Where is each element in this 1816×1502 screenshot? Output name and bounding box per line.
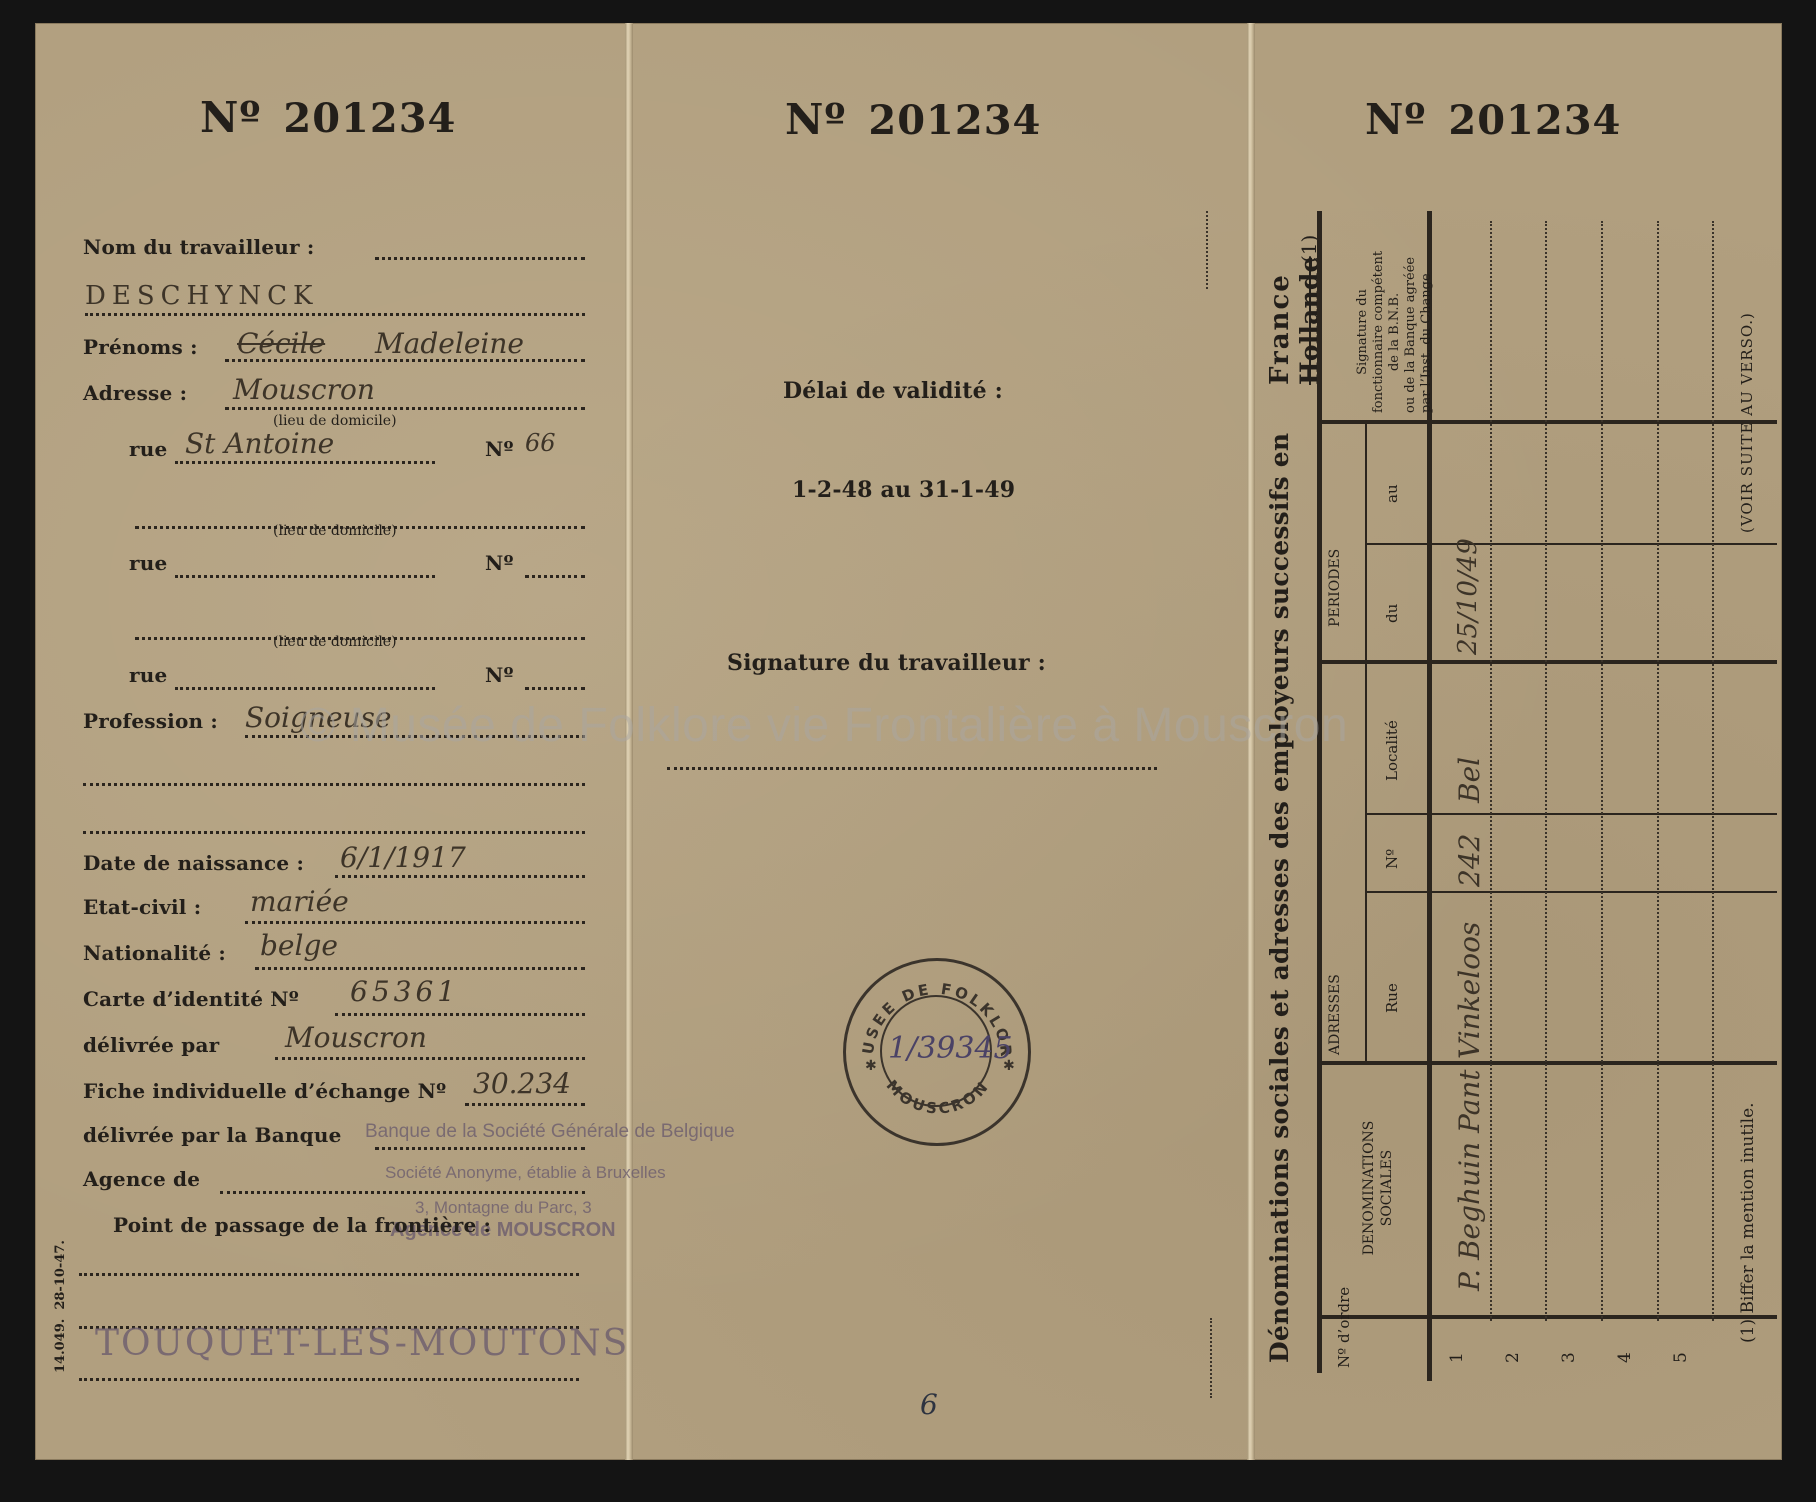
profession-line-2 [83,783,585,786]
banque-label: délivrée par la Banque [83,1123,342,1147]
no2-label: Nº [485,551,514,575]
nom-value: DESCHYNCK [85,281,318,311]
adresse-dotted-line [225,407,585,410]
row-sep-4 [1657,221,1659,1321]
no1-value: 66 [525,429,556,457]
fold-tick-top [1206,211,1208,289]
row1-numero: 242 [1453,834,1486,887]
nationalite-label: Nationalité : [83,941,226,965]
signature-dotted-line [667,767,1157,770]
passage-line-1 [79,1273,579,1276]
agence-dotted-line [220,1191,585,1194]
row-sep-1 [1490,221,1492,1321]
validity-label: Délai de validité : [783,378,1003,404]
prenoms-value: Madeleine [375,327,524,360]
no1-label: Nº [485,437,514,461]
svg-text:✱: ✱ [865,1059,877,1074]
header-localite: Localité [1383,720,1401,781]
nom-label: Nom du travailleur : [83,235,315,259]
prenoms-label: Prénoms : [83,335,198,359]
prenoms-struck-value: Cécile [237,327,325,360]
exchange-card: Nº201234 Nom du travailleur : DESCHYNCK … [35,23,1782,1460]
nom-value-line [85,313,585,316]
row1-localite: Bel [1453,757,1486,803]
row-number-3: 3 [1559,1352,1579,1363]
sep-du-au [1367,543,1777,545]
country-france: France [1265,273,1295,385]
serial-number-right: Nº201234 [1365,95,1621,144]
naissance-dotted-line [335,875,585,878]
etat-civil-value: mariée [250,885,349,918]
sep-denominations [1322,1315,1777,1319]
row-sep-3 [1601,221,1603,1321]
periodes-subdivider [1365,423,1367,661]
row-sep-2 [1545,221,1547,1321]
row1-denomination: P. Beghuin Pant [1453,1069,1486,1291]
passage-line-3 [79,1378,579,1381]
header-signature-line-2: fonctionnaire compétent [1371,251,1387,413]
carte-value: 65361 [350,975,459,1008]
nom-dotted-line [375,257,585,260]
signature-label: Signature du travailleur : [727,650,1046,676]
table-title-main: Dénominations sociales et adresses des e… [1265,433,1294,1363]
no2-dotted-line [525,575,585,578]
validity-value: 1-2-48 au 31-1-49 [792,477,1015,503]
bank-stamp-line-1: Banque de la Société Générale de Belgiqu… [365,1121,735,1143]
table-title: Dénominations sociales et adresses des e… [1265,433,1294,1363]
serial-prefix: Nº [785,95,846,144]
nationalite-value: belge [260,929,338,962]
table-left-border [1317,211,1322,1373]
serial-prefix: Nº [200,93,261,142]
footnote: (1) Biffer la mention inutile. [1738,1102,1758,1343]
serial-value: 201234 [283,95,456,142]
header-denominations: DENOMINATIONS SOCIALES [1360,1088,1396,1288]
rue1-value: St Antoine [185,427,334,460]
row-number-2: 2 [1503,1352,1523,1363]
etat-civil-label: Etat-civil : [83,895,201,919]
sep-periodes [1322,660,1777,664]
rue1-dotted-line [175,461,435,464]
row1-du: 25/10/49 [1453,538,1483,655]
adresse-value: Mouscron [233,373,375,406]
sep-no-rue [1367,891,1777,893]
naissance-label: Date de naissance : [83,851,304,875]
print-code-number: 14.049. [53,1319,68,1373]
adresses-subdivider [1365,663,1367,1063]
serial-number-middle: Nº201234 [785,95,1041,144]
profession-line-3 [83,831,585,834]
header-ordre: Nº d’ordre [1335,1287,1353,1368]
fiche-value: 30.234 [473,1067,571,1100]
delivree-label: délivrée par [83,1033,219,1057]
watermark: © Musée de Folklore vie Frontalière à Mo… [300,698,1348,753]
header-periodes: PERIODES [1327,549,1343,627]
serial-prefix: Nº [1365,95,1426,144]
rue2-label: rue [129,551,167,575]
print-code: 14.049. 28-10-47. [53,1240,68,1373]
lieu-note-2: (lieu de domicile) [273,523,397,539]
prenoms-dotted-line [225,359,585,362]
print-code-date: 28-10-47. [53,1240,68,1310]
header-signature: Signature du fonctionnaire compétent de … [1355,251,1435,413]
row-number-4: 4 [1615,1352,1635,1363]
bottom-ink-mark: 6 [920,1388,938,1421]
profession-label: Profession : [83,709,218,733]
no3-label: Nº [485,663,514,687]
header-rue: Rue [1383,983,1401,1013]
row-number-1: 1 [1447,1352,1467,1363]
fiche-label: Fiche individuelle d’échange Nº [83,1079,446,1103]
carte-dotted-line [335,1013,585,1016]
inventory-number: 1/39345 [888,1031,1013,1066]
rue3-dotted-line [175,687,435,690]
carte-label: Carte d’identité Nº [83,987,299,1011]
banque-dotted-line [375,1147,585,1150]
header-signature-line-5: par l’Inst. du Change [1419,251,1435,413]
nationalite-dotted-line [255,967,585,970]
etat-civil-dotted-line [245,921,585,924]
svg-text:MOUSCRON: MOUSCRON [883,1077,994,1118]
header-signature-line-3: de la B.N.B. [1387,251,1403,413]
header-signature-line-1: Signature du [1355,251,1371,413]
header-numero: Nº [1383,849,1401,869]
adresse-label: Adresse : [83,381,187,405]
bank-stamp-line-2: Société Anonyme, établie à Bruxelles [385,1163,666,1183]
row-number-5: 5 [1671,1352,1691,1363]
serial-number-left: Nº201234 [200,93,456,142]
no3-dotted-line [525,687,585,690]
sep-adresses [1322,1061,1777,1065]
see-verso-note: (VOIR SUITE AU VERSO.) [1738,312,1756,533]
delivree-dotted-line [275,1057,585,1060]
rue1-label: rue [129,437,167,461]
header-du: du [1383,604,1401,623]
serial-value: 201234 [1448,97,1621,144]
sep-localite-no [1367,813,1777,815]
row1-rue: Vinkeloos [1453,922,1486,1059]
sep-signature [1322,420,1777,424]
header-au: au [1383,484,1401,503]
agence-label: Agence de [83,1167,200,1191]
lieu-note-3: (lieu de domicile) [273,634,397,650]
fiche-dotted-line [465,1103,585,1106]
rue2-dotted-line [175,575,435,578]
header-adresses: ADRESSES [1327,974,1343,1055]
fold-tick-bottom [1210,1318,1212,1398]
delivree-value: Mouscron [285,1021,427,1054]
passage-label: Point de passage de la frontière : [113,1213,491,1237]
header-signature-line-4: ou de la Banque agréée [1403,251,1419,413]
serial-value: 201234 [868,97,1041,144]
naissance-value: 6/1/1917 [340,841,466,874]
row-sep-5 [1712,221,1714,1321]
border-crossing-stamp: TOUQUET-LES-MOUTONS [95,1323,629,1364]
rue3-label: rue [129,663,167,687]
